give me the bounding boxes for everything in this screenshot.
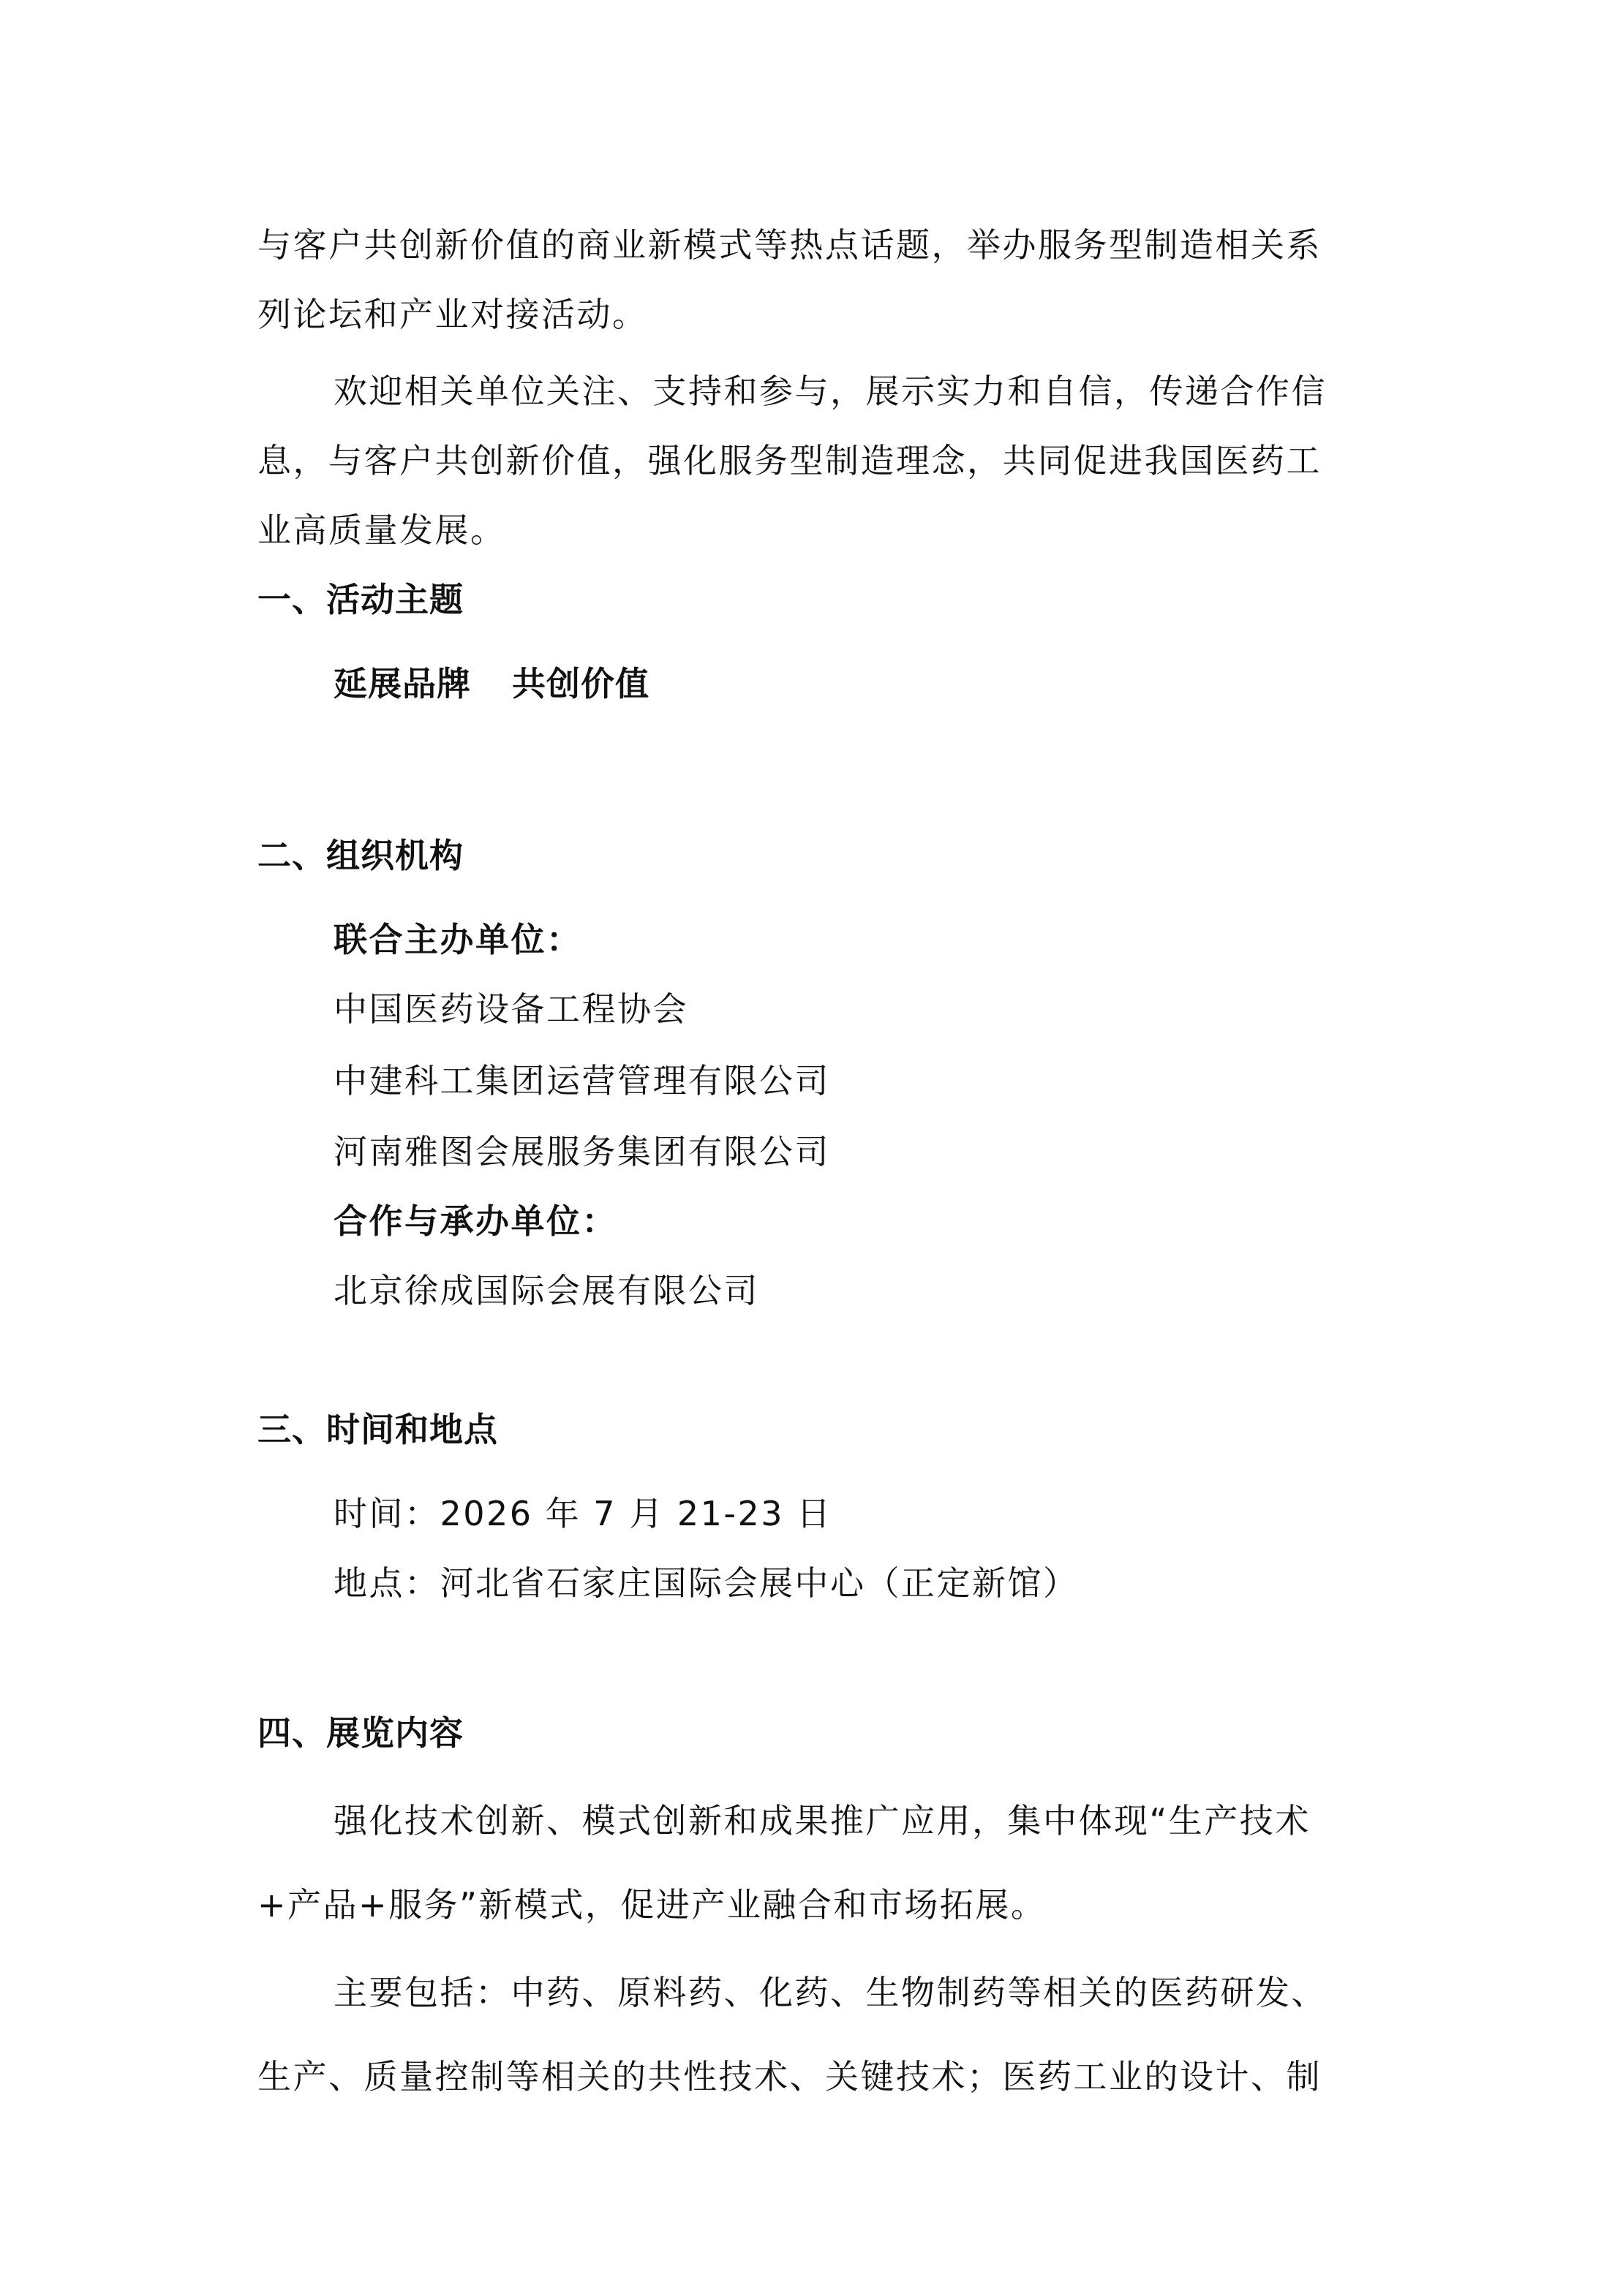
activity-theme: 延展品牌共创价值	[334, 662, 649, 706]
intro-paragraph-1-line-1: 与客户共创新价值的商业新模式等热点话题，举办服务型制造相关系	[257, 223, 1322, 267]
partners-label: 合作与承办单位：	[334, 1199, 617, 1243]
exhibition-paragraph-2-line-2: 生产、质量控制等相关的共性技术、关键技术；医药工业的设计、制	[257, 2055, 1322, 2099]
co-host-item: 中国医药设备工程协会	[334, 987, 688, 1031]
co-hosts-label: 联合主办单位：	[334, 918, 582, 962]
intro-paragraph-2-line-2: 息，与客户共创新价值，强化服务型制造理念，共同促进我国医药工	[257, 439, 1322, 483]
event-time: 时间：2026 年 7 月 21-23 日	[334, 1492, 832, 1536]
exhibition-paragraph-2-line-1: 主要包括：中药、原料药、化药、生物制药等相关的医药研发、	[334, 1971, 1327, 2014]
co-host-item: 中建科工集团运营管理有限公司	[334, 1059, 830, 1103]
section-1-heading: 一、活动主题	[257, 578, 464, 622]
theme-part-1: 延展品牌	[334, 664, 471, 703]
intro-paragraph-1-line-2: 列论坛和产业对接活动。	[257, 292, 648, 336]
exhibition-paragraph-1-line-2: +产品+服务”新模式，促进产业融合和市场拓展。	[257, 1883, 1046, 1927]
partner-item: 北京徐成国际会展有限公司	[334, 1269, 759, 1313]
co-host-item: 河南雅图会展服务集团有限公司	[334, 1130, 830, 1174]
section-4-heading: 四、展览内容	[257, 1711, 464, 1755]
event-location: 地点：河北省石家庄国际会展中心（正定新馆）	[334, 1561, 1079, 1605]
document-page: 与客户共创新价值的商业新模式等热点话题，举办服务型制造相关系 列论坛和产业对接活…	[0, 0, 1612, 2296]
intro-paragraph-2-line-1: 欢迎相关单位关注、支持和参与，展示实力和自信，传递合作信	[334, 369, 1327, 413]
exhibition-paragraph-1-line-1: 强化技术创新、模式创新和成果推广应用，集中体现“生产技术	[334, 1799, 1311, 1843]
section-2-heading: 二、组织机构	[257, 834, 464, 877]
intro-paragraph-2-line-3: 业高质量发展。	[257, 508, 506, 552]
theme-part-2: 共创价值	[512, 664, 649, 703]
section-3-heading: 三、时间和地点	[257, 1408, 498, 1451]
